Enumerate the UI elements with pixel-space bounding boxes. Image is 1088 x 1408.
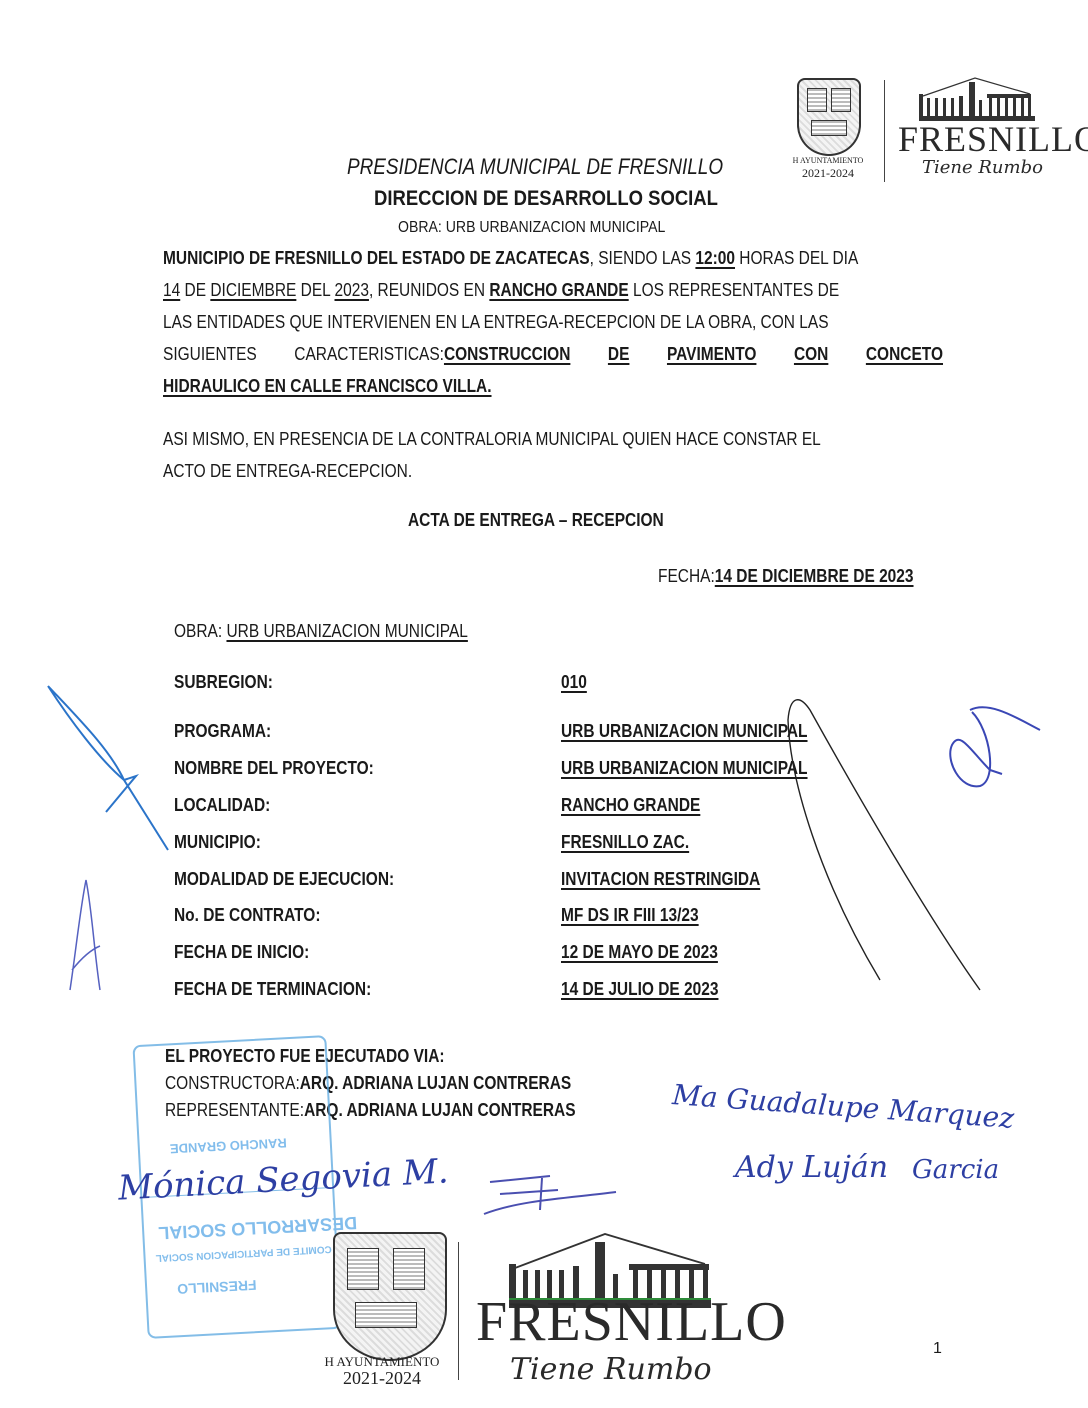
intro-text: LOS REPRESENTANTES DE — [629, 280, 839, 300]
field-label-fecha-terminacion: FECHA DE TERMINACION: — [174, 979, 371, 1000]
signature-guadalupe-marquez: Ma Guadalupe Marquez — [671, 1078, 1015, 1135]
signature-mark-left-top — [40, 680, 180, 860]
brand-tagline-top: Tiene Rumbo — [922, 157, 1043, 178]
meeting-month: DICIEMBRE — [210, 280, 296, 300]
intro-text: , SIENDO LAS — [590, 248, 696, 268]
intro-paragraph: MUNICIPIO DE FRESNILLO DEL ESTADO DE ZAC… — [163, 242, 943, 402]
municipal-shield-logo-top — [797, 78, 861, 156]
stamp-text: COMITE DE PARTICIPACION SOCIAL — [155, 1243, 332, 1263]
obra-label: OBRA: — [174, 621, 226, 641]
field-value-contrato: MF DS IR FIII 13/23 — [561, 905, 699, 926]
constructora-value: ARQ. ADRIANA LUJAN CONTRERAS — [300, 1073, 571, 1093]
field-label-modalidad: MODALIDAD DE EJECUCION: — [174, 869, 394, 890]
ayuntamiento-label-top: H AYUNTAMIENTO — [786, 157, 870, 165]
signature-mark-left-bottom — [60, 870, 140, 1000]
meeting-year: 2023 — [335, 280, 369, 300]
brand-tagline-footer: Tiene Rumbo — [510, 1352, 712, 1387]
intro-word: SIGUIENTES — [163, 338, 257, 370]
field-label-subregion: SUBREGION: — [174, 672, 273, 693]
characteristics-line: SIGUIENTES CARACTERISTICAS:CONSTRUCCION … — [163, 338, 943, 370]
field-value-modalidad: INVITACION RESTRINGIDA — [561, 869, 760, 890]
signature-mark-right-initial — [940, 690, 1060, 800]
meeting-day: 14 — [163, 280, 180, 300]
field-label-municipio: MUNICIPIO: — [174, 832, 261, 853]
field-value-subregion: 010 — [561, 672, 587, 693]
ayuntamiento-label-footer: H AYUNTAMIENTO — [312, 1355, 452, 1368]
fecha-label: FECHA: — [658, 566, 715, 586]
meeting-place: RANCHO GRANDE — [489, 280, 628, 300]
signature-garcia: Garcia — [912, 1155, 999, 1185]
signature-ady-lujan: Ady Luján — [735, 1150, 888, 1185]
intro-word: CONCETO — [866, 338, 943, 370]
brand-name-footer: FRESNILLO — [476, 1290, 787, 1354]
logo-divider-top — [884, 80, 885, 182]
intro-word: PAVIMENTO — [667, 338, 756, 370]
municipio-estado: MUNICIPIO DE FRESNILLO DEL ESTADO DE ZAC… — [163, 248, 590, 268]
obra-subtitle: OBRA: URB URBANIZACION MUNICIPAL — [398, 219, 665, 237]
field-value-programa: URB URBANIZACION MUNICIPAL — [561, 721, 808, 742]
intro-word: CARACTERISTICAS: — [294, 344, 444, 364]
intro-text: , REUNIDOS EN — [369, 280, 489, 300]
fecha-value: 14 DE DICIEMBRE DE 2023 — [715, 566, 914, 586]
skyline-icon-top — [915, 72, 1040, 122]
intro-text: LAS ENTIDADES QUE INTERVIENEN EN LA ENTR… — [163, 306, 829, 338]
intro-word: CONSTRUCCION — [444, 344, 570, 364]
field-value-municipio: FRESNILLO ZAC. — [561, 832, 689, 853]
representante-value: ARQ. ADRIANA LUJAN CONTRERAS — [304, 1100, 575, 1120]
document-title: PRESIDENCIA MUNICIPAL DE FRESNILLO — [347, 154, 723, 180]
contraloria-text: ASI MISMO, EN PRESENCIA DE LA CONTRALORI… — [163, 423, 821, 455]
meeting-hour: 12:00 — [695, 248, 735, 268]
contraloria-paragraph: ASI MISMO, EN PRESENCIA DE LA CONTRALORI… — [163, 423, 943, 487]
obra-value: URB URBANIZACION MUNICIPAL — [226, 621, 467, 641]
work-description: HIDRAULICO EN CALLE FRANCISCO VILLA. — [163, 370, 492, 402]
fecha-line: FECHA:14 DE DICIEMBRE DE 2023 — [658, 566, 914, 587]
signature-scribble — [480, 1170, 620, 1220]
stamp-text: DESARROLLO SOCIAL — [158, 1212, 358, 1243]
field-value-proyecto: URB URBANIZACION MUNICIPAL — [561, 758, 808, 779]
ayuntamiento-period-footer: 2021-2024 — [312, 1369, 452, 1387]
field-label-localidad: LOCALIDAD: — [174, 795, 270, 816]
logo-divider-footer — [458, 1242, 459, 1380]
obra-line: OBRA: URB URBANIZACION MUNICIPAL — [174, 621, 468, 642]
intro-text: DE — [180, 280, 210, 300]
field-value-fecha-terminacion: 14 DE JULIO DE 2023 — [561, 979, 718, 1000]
brand-name-top: FRESNILLO — [898, 118, 1088, 160]
field-value-fecha-inicio: 12 DE MAYO DE 2023 — [561, 942, 718, 963]
department-title: DIRECCION DE DESARROLLO SOCIAL — [374, 187, 718, 211]
acta-title: ACTA DE ENTREGA – RECEPCION — [408, 510, 664, 531]
field-label-programa: PROGRAMA: — [174, 721, 271, 742]
contraloria-text: ACTO DE ENTREGA-RECEPCION. — [163, 455, 412, 487]
field-label-contrato: No. DE CONTRATO: — [174, 905, 320, 926]
field-label-proyecto: NOMBRE DEL PROYECTO: — [174, 758, 374, 779]
page-number: 1 — [933, 1340, 942, 1358]
field-value-localidad: RANCHO GRANDE — [561, 795, 700, 816]
field-label-fecha-inicio: FECHA DE INICIO: — [174, 942, 309, 963]
stamp-text: RANCHO GRANDE — [170, 1135, 288, 1156]
ayuntamiento-period-top: 2021-2024 — [786, 167, 870, 179]
municipal-shield-logo-footer — [333, 1232, 447, 1361]
intro-text: HORAS DEL DIA — [735, 248, 858, 268]
stamp-text: FRESNILLO — [177, 1277, 257, 1297]
intro-text: DEL — [296, 280, 334, 300]
intro-word: DE — [608, 338, 630, 370]
intro-word: CON — [794, 338, 828, 370]
